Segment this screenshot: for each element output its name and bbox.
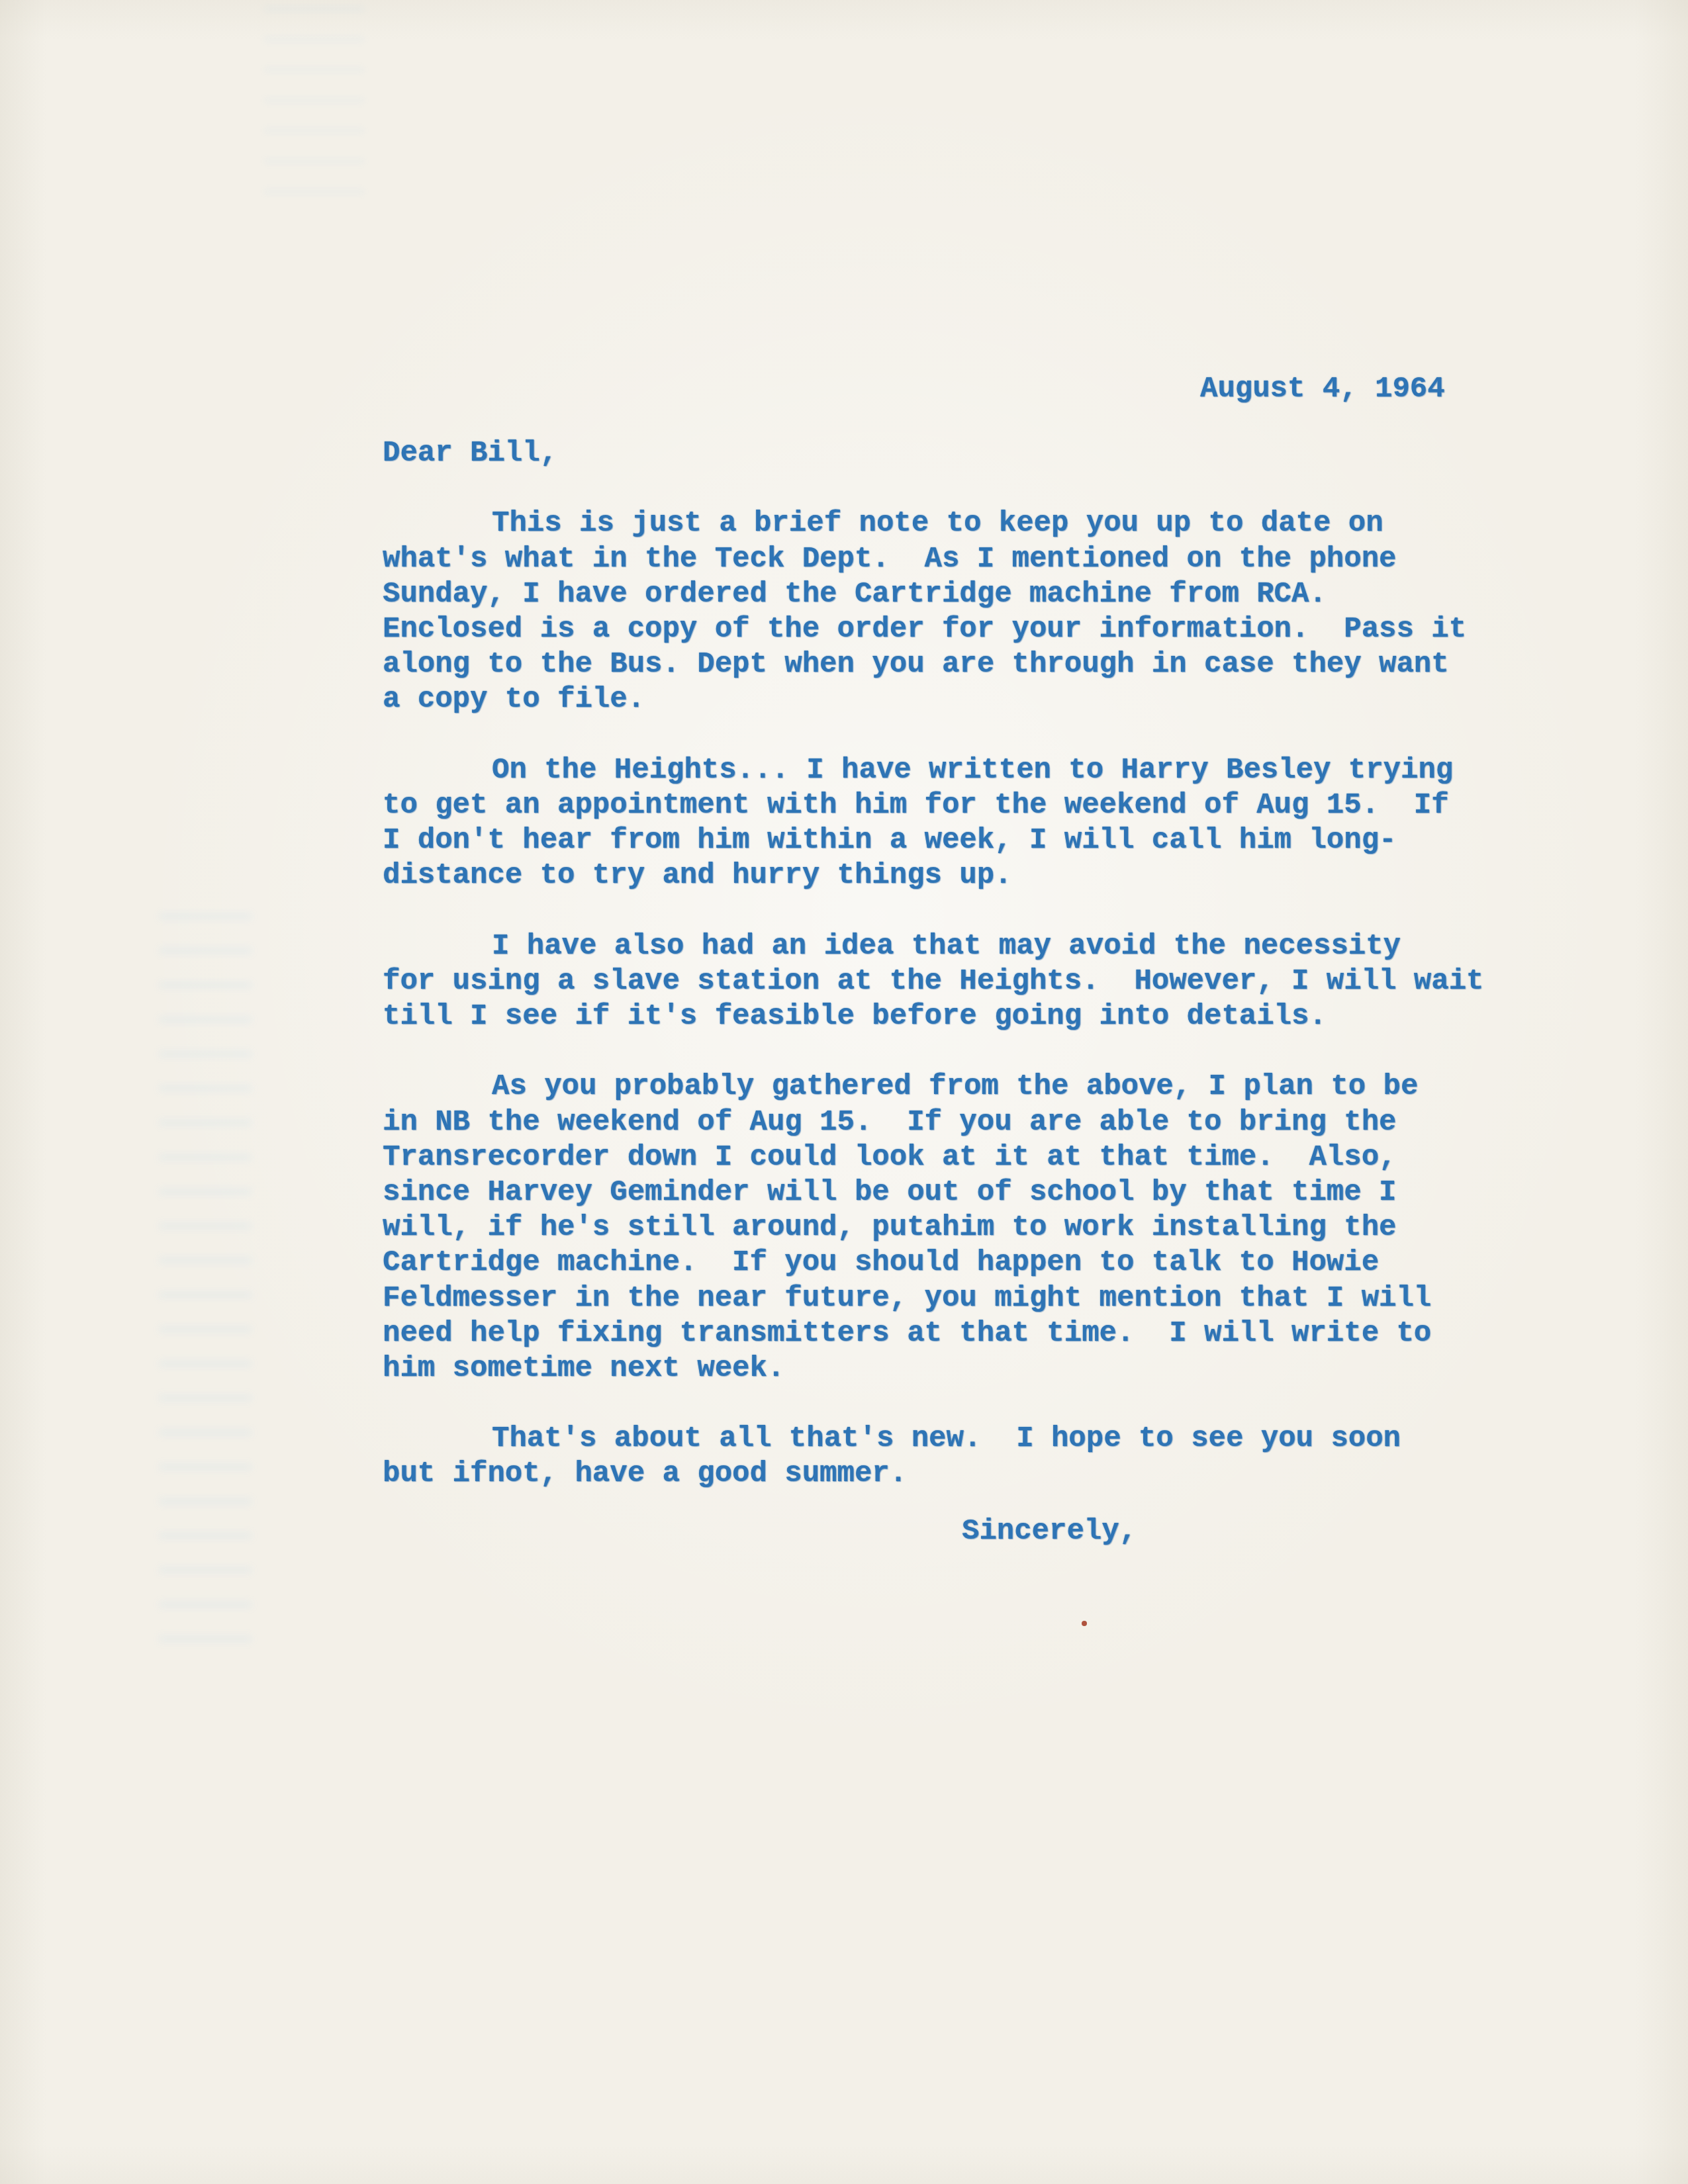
letter-closing: Sincerely, [962, 1514, 1137, 1549]
letter-line: Sunday, I have ordered the Cartridge mac… [383, 577, 1548, 612]
letter-greeting: Dear Bill, [383, 436, 1548, 471]
letter-line: distance to try and hurry things up. [383, 858, 1548, 893]
bleedthrough-smudge-top [265, 7, 364, 205]
letter-line: That's about all that's new. I hope to s… [383, 1422, 1548, 1457]
letter-line: This is just a brief note to keep you up… [383, 506, 1548, 541]
letter-line: but ifnot, have a good summer. [383, 1457, 1548, 1492]
letter-page: August 4, 1964 Dear Bill, This is just a… [0, 0, 1688, 2184]
letter-line: till I see if it's feasible before going… [383, 999, 1548, 1034]
letter-line: On the Heights... I have written to Harr… [383, 753, 1548, 788]
letter-line: will, if he's still around, putahim to w… [383, 1210, 1548, 1246]
letter-line: in NB the weekend of Aug 15. If you are … [383, 1105, 1548, 1140]
letter-line: what's what in the Teck Dept. As I menti… [383, 542, 1548, 577]
letter-paragraph-1: This is just a brief note to keep you up… [383, 506, 1548, 717]
letter-line: to get an appointment with him for the w… [383, 788, 1548, 823]
red-ink-speck [1082, 1621, 1087, 1626]
letter-paragraph-2: On the Heights... I have written to Harr… [383, 753, 1548, 894]
letter-body: Dear Bill, This is just a brief note to … [383, 436, 1548, 1527]
letter-line: As you probably gathered from the above,… [383, 1069, 1548, 1105]
letter-line: Feldmesser in the near future, you might… [383, 1281, 1548, 1316]
letter-paragraph-3: I have also had an idea that may avoid t… [383, 929, 1548, 1035]
bleedthrough-smudge-left [159, 913, 252, 1661]
letter-line: since Harvey Geminder will be out of sch… [383, 1175, 1548, 1210]
letter-date: August 4, 1964 [1200, 372, 1445, 407]
letter-line: a copy to file. [383, 682, 1548, 717]
letter-line: him sometime next week. [383, 1351, 1548, 1387]
letter-line: I don't hear from him within a week, I w… [383, 823, 1548, 858]
letter-line: need help fixing transmitters at that ti… [383, 1316, 1548, 1351]
letter-line: for using a slave station at the Heights… [383, 964, 1548, 999]
letter-paragraph-5: That's about all that's new. I hope to s… [383, 1422, 1548, 1492]
letter-line: Enclosed is a copy of the order for your… [383, 612, 1548, 647]
letter-line: along to the Bus. Dept when you are thro… [383, 647, 1548, 682]
letter-line: Cartridge machine. If you should happen … [383, 1246, 1548, 1281]
letter-paragraph-4: As you probably gathered from the above,… [383, 1069, 1548, 1387]
letter-line: I have also had an idea that may avoid t… [383, 929, 1548, 964]
letter-line: Transrecorder down I could look at it at… [383, 1140, 1548, 1175]
